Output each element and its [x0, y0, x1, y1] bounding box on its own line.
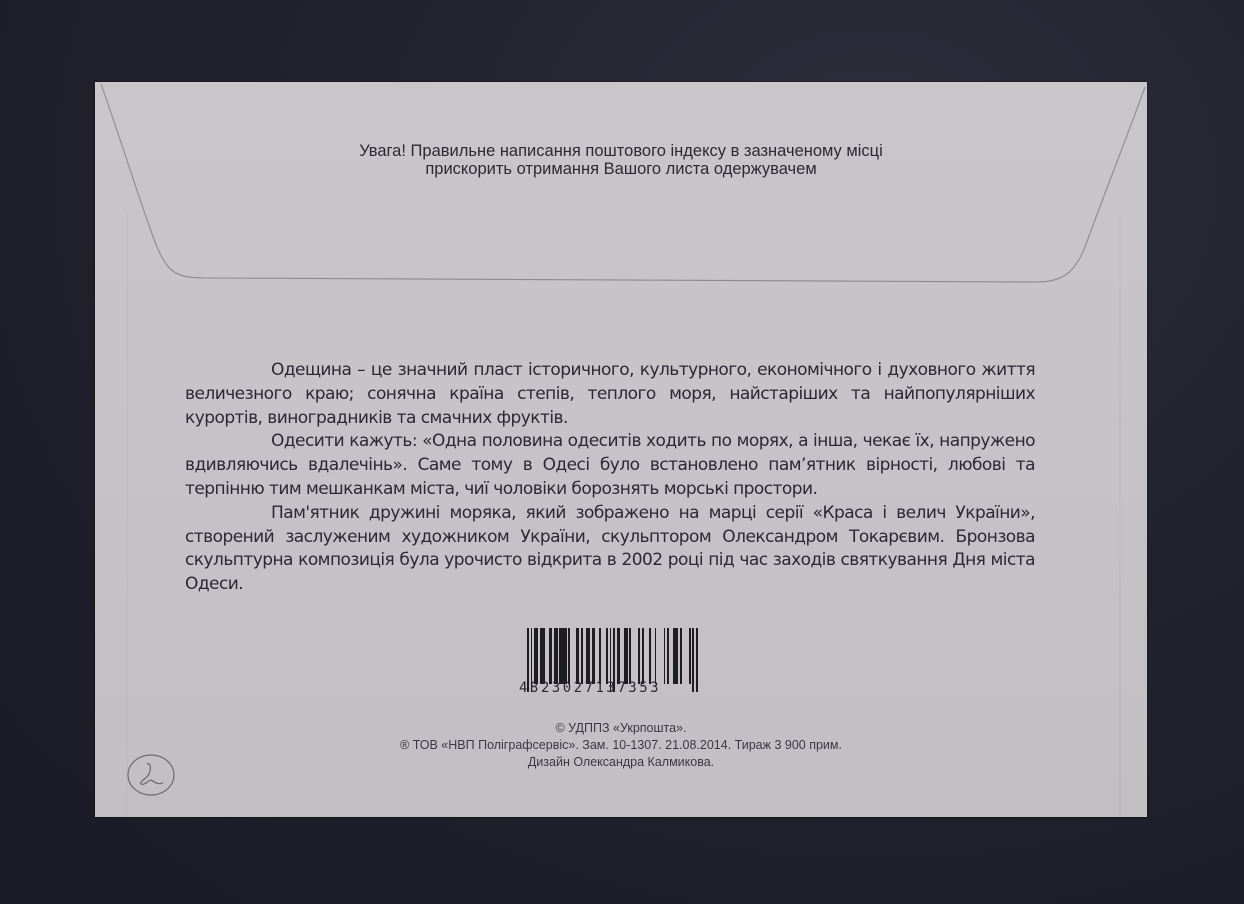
notice-line-1: Увага! Правильне написання поштового інд…	[95, 142, 1147, 160]
barcode: 4823027137353	[527, 628, 699, 692]
description-text: Одещина – це значний пласт історичного, …	[185, 359, 1035, 597]
paragraph: Одещина – це значний пласт історичного, …	[185, 359, 1035, 430]
postal-code-notice: Увага! Правильне написання поштового інд…	[95, 142, 1147, 178]
credits-line-2: ® ТОВ «НВП Поліграфсервіс». Зам. 10-1307…	[95, 737, 1147, 754]
envelope-back: Увага! Правильне написання поштового інд…	[95, 82, 1147, 817]
paragraph: Пам'ятник дружині моряка, який зображено…	[185, 502, 1035, 597]
paragraph: Одесити кажуть: «Одна половина одеситів …	[185, 430, 1035, 501]
notice-line-2: прискорить отримання Вашого листа одержу…	[95, 160, 1147, 178]
credits-line-3: Дизайн Олександра Калмикова.	[95, 754, 1147, 771]
credits-line-1: © УДППЗ «Укрпошта».	[95, 720, 1147, 737]
handwritten-circled-number	[125, 752, 177, 798]
print-credits: © УДППЗ «Укрпошта». ® ТОВ «НВП Поліграфс…	[95, 720, 1147, 771]
barcode-digits: 4823027137353	[519, 680, 699, 696]
